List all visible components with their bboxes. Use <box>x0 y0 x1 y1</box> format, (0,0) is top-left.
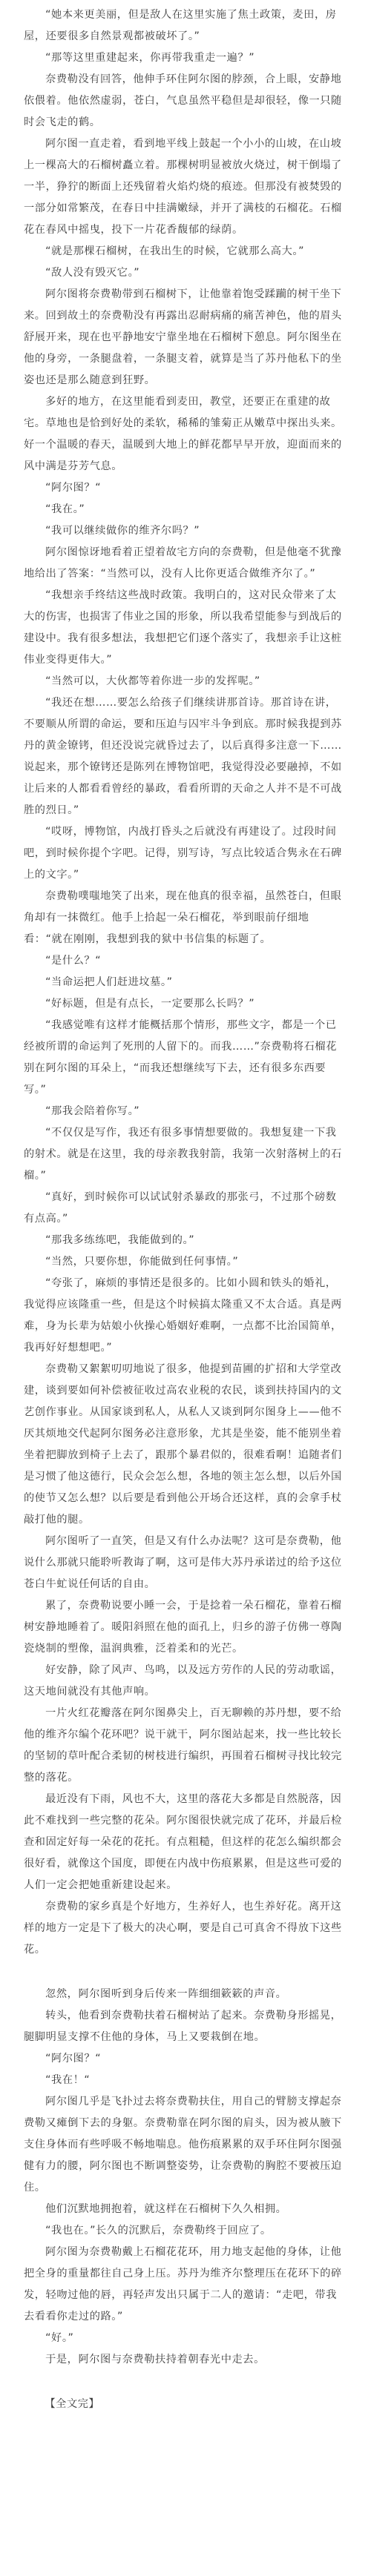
paragraph: 好安静，除了风声、鸟鸣，以及远方劳作的人民的劳动歌谣，这天地间就没有其他声响。 <box>24 1660 347 1703</box>
paragraph: “阿尔图？“ <box>24 477 347 499</box>
paragraph: “我想亲手终结这些战时政策。我明白的，这对民众带来了太大的伤害，也损害了伟业之国… <box>24 585 347 671</box>
paragraph: “我在。” <box>24 499 347 520</box>
paragraph: “那等这里重建起来，你再带我重走一遍？” <box>24 47 347 69</box>
paragraph: 阿尔图听了一直笑，但是又有什么办法呢？这可是奈费勒，他说什么那就只能聆听教诲了啊… <box>24 1531 347 1595</box>
paragraph: “是什么？“ <box>24 950 347 972</box>
paragraph: “我感觉唯有这样才能概括那个情形，那些文字，都是一个已经被所谓的命运判了死刑的人… <box>24 1015 347 1101</box>
paragraph: “我在！“ <box>24 2070 347 2091</box>
paragraph: “夸张了，麻烦的事情还是很多的。比如小圆和铁头的婚礼，我觉得应该隆重一些，但是这… <box>24 1273 347 1359</box>
paragraph: “当命运把人们赶进坟墓。” <box>24 972 347 993</box>
paragraph: 一片火红花瓣落在阿尔图鼻尖上，百无聊赖的苏丹想，要不给他的维齐尔编个花环吧？说干… <box>24 1703 347 1789</box>
paragraph: 阿尔图将奈费勒带到石榴树下，让他靠着饱受蹂躏的树干坐下来。回到故土的奈费勒没有再… <box>24 284 347 391</box>
paragraph: 阿尔图惊讶地看着正望着故宅方向的奈费勒，但是他毫不犹豫地给出了答案：“当然可以，… <box>24 542 347 585</box>
paragraph: “我还在想……要怎么给孩子们继续讲那首诗。那首诗在讲，不要顺从所谓的命运，要和压… <box>24 692 347 821</box>
paragraph: 转头，他看到奈费勒扶着石榴树站了起来。奈费勒身形摇晃，腿脚明显支撑不住他的身体，… <box>24 2005 347 2048</box>
section-break <box>24 1961 347 1984</box>
paragraph: “不仅仅是写作，我还有很多事情想要做的。我想复建一下我的射术。就是在这里，我的母… <box>24 1122 347 1187</box>
end-mark: 【全文完】 <box>24 2394 347 2415</box>
paragraph: 多好的地方，在这里能看到麦田，教堂，还要正在重建的故宅。草地也是恰到好处的柔软，… <box>24 391 347 477</box>
paragraph: 奈费勒又絮絮叨叨地说了很多，他提到苗圃的扩招和大学堂改建，谈到要如何补偿被征收过… <box>24 1359 347 1531</box>
paragraph: “哎呀，博物馆，内战打昏头之后就没有再建设了。过段时间吧，到时候你提个字吧。记得… <box>24 821 347 886</box>
paragraph: 于是，阿尔图与奈费勒扶持着朝春光中走去。 <box>24 2349 347 2371</box>
paragraph: “那我多练练吧，我能做到的。” <box>24 1230 347 1251</box>
paragraph: “那我会陪着你写。” <box>24 1101 347 1122</box>
paragraph: “好。” <box>24 2328 347 2349</box>
paragraph: 奈费勒噗嗤地笑了出来，现在他真的很幸福，虽然苍白，但眼角却有一抹微红。他手上拾起… <box>24 886 347 950</box>
paragraph: 阿尔图为奈费勒戴上石榴花花环，用力地支起他的身体，让他把全身的重量都往自己身上压… <box>24 2242 347 2328</box>
paragraph: “我也在。”长久的沉默后，奈费勒终于回应了。 <box>24 2220 347 2242</box>
paragraph: “阿尔图？“ <box>24 2048 347 2070</box>
paragraph: “真好，到时候你可以试试射杀暴政的那张弓，不过那个磅数有点高。” <box>24 1187 347 1230</box>
paragraph: “当然可以，大伙都等着你进一步的发挥呢。” <box>24 671 347 692</box>
paragraph: 他们沉默地拥抱着，就这样在石榴树下久久相拥。 <box>24 2199 347 2220</box>
paragraph: “我可以继续做你的维齐尔吗？” <box>24 520 347 542</box>
paragraph: 奈费勒没有回答，他伸手环住阿尔图的脖颈，合上眼，安静地依偎着。他依然虚弱，苍白，… <box>24 69 347 133</box>
paragraph: 阿尔图一直走着，看到地平线上鼓起一个小小的山坡，在山坡上一棵高大的石榴树矗立着。… <box>24 133 347 241</box>
paragraph: 奈费勒的家乡真是个好地方，生养好人，也生养好花。离开这样的地方一定是下了极大的决… <box>24 1896 347 1961</box>
document-page: “她本来更美丽，但是敌人在这里实施了焦土政策，麦田，房屋，还要很多自然景观都被破… <box>0 0 371 2415</box>
paragraph: “她本来更美丽，但是敌人在这里实施了焦土政策，麦田，房屋，还要很多自然景观都被破… <box>24 4 347 47</box>
paragraph: 最近没有下雨，风也不大，这里的落花大多都是自然脱落，因此不难找到一些完整的花朵。… <box>24 1789 347 1896</box>
paragraph: “当然，只要你想，你能做到任何事情。” <box>24 1251 347 1273</box>
paragraph: 阿尔图几乎是飞扑过去将奈费勒扶住，用自己的臂膀支撑起奈费勒又瘫倒下去的身躯。奈费… <box>24 2091 347 2199</box>
paragraph: “好标题，但是有点长，一定要那么长吗？” <box>24 993 347 1015</box>
paragraph: 累了，奈费勒说要小睡一会，于是捻着一朵石榴花，靠着石榴树安静地睡着了。暖阳斜照在… <box>24 1595 347 1660</box>
paragraph: 忽然，阿尔图听到身后传来一阵细细簌簌的声音。 <box>24 1984 347 2005</box>
paragraph: “敌人没有毁灭它。” <box>24 262 347 284</box>
paragraph: “就是那棵石榴树，在我出生的时候，它就那么高大。” <box>24 241 347 262</box>
